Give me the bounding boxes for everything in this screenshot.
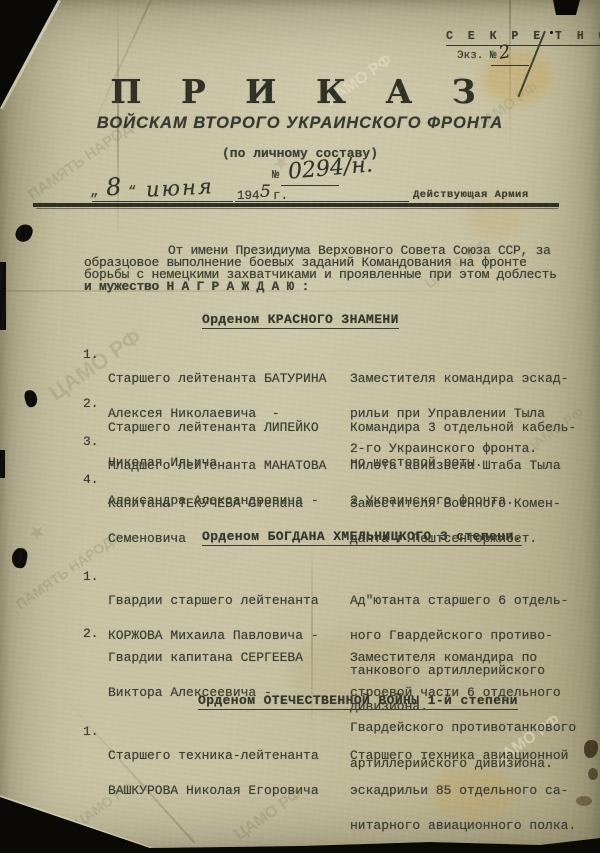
position-line: Пилота авиазвена Штаба Тыла [350, 460, 595, 472]
recipient-line: Старшего лейтенанта ЛИПЕЙКО [108, 422, 353, 434]
ink-blot [23, 389, 39, 409]
item-number: 2. [83, 398, 99, 410]
watermark-star-icon: ★ [22, 517, 51, 548]
recipient-line: Младшего лейтенанта МАНАТОВА [108, 460, 353, 472]
item-number: 4. [83, 474, 99, 486]
header-rule-thin [36, 208, 558, 209]
number-underline [281, 185, 339, 186]
recipient-line: Старшего лейтенанта БАТУРИНА [108, 373, 353, 385]
order-addressee: ВОЙСКАМ ВТОРОГО УКРАИНСКОГО ФРОНТА [0, 114, 600, 133]
preamble-award-line: и мужество Н А Г Р А Ж Д А Ю : [84, 279, 309, 294]
position-line: Заместителя командира по [350, 652, 595, 664]
ink-blot [10, 547, 28, 569]
recipient-line: ВАШКУРОВА Николая Егоровича [108, 785, 353, 797]
date-underline-2 [235, 201, 409, 202]
number-sign: № [272, 168, 279, 182]
item-number: 2. [83, 628, 99, 640]
copy-number-label: Экз. № [457, 50, 497, 62]
section-heading-bogdan-khmelnitsky: Орденом БОГДАНА ХМЕЛЬНИЦКОГО 3 степени. [202, 529, 522, 546]
item-number: 1. [83, 571, 99, 583]
edge-stain [55, 832, 65, 840]
header-rule [33, 203, 559, 207]
quote-open: „ [90, 184, 98, 200]
year-digit-handwritten: 5 [260, 182, 271, 202]
section-heading-patriotic-war: Орденом ОТЕЧЕСТВЕННОЙ ВОЙНЫ 1-й степени [198, 693, 518, 710]
date-month-handwritten: июня [145, 174, 214, 202]
item-number: 1. [83, 349, 99, 361]
position-line: Заместителя командира эскад- [350, 373, 595, 385]
item-number: 1. [83, 726, 99, 738]
position-line: Старшего техника авиационной [350, 750, 595, 762]
scanned-document: ПАМЯТЬ НАРОДА ЦАМО РФ ЦАМО РФ ЦАМО РФ ПА… [0, 0, 600, 853]
item-number: 3. [83, 436, 99, 448]
date-underline [92, 201, 233, 202]
item-position: Заместителя Военного Комен- данта г.Пешт… [350, 474, 595, 568]
document-page: ПАМЯТЬ НАРОДА ЦАМО РФ ЦАМО РФ ЦАМО РФ ПА… [0, 0, 600, 853]
date-day-handwritten: 8 [105, 173, 122, 202]
recipient-line: Гвардии старшего лейтенанта [108, 595, 353, 607]
recipient-line: Гвардии капитана СЕРГЕЕВА [108, 652, 353, 664]
position-line: Заместителя Военного Комен- [350, 498, 595, 510]
position-line: Командира 3 отдельной кабель- [350, 422, 595, 434]
quote-close: “ [128, 184, 136, 200]
section-heading-red-banner: Орденом КРАСНОГО ЗНАМЕНИ [202, 312, 399, 329]
item-position: Старшего техника авиационной эскадрильи … [350, 726, 595, 853]
recipient-line: Капитана ТЕКУЧЕВА Степана [108, 498, 353, 510]
order-title: П Р И К А З [0, 72, 600, 111]
item-recipient: Капитана ТЕКУЧЕВА Степана Семеновича - [108, 474, 353, 568]
recipient-line: Старшего техника-лейтенанта [108, 750, 353, 762]
edge-tear-mark [0, 262, 6, 330]
copy-number-underline [491, 65, 529, 66]
secrecy-stamp: С Е К Р Е Т Н О [446, 30, 600, 46]
position-line: нитарного авиационного полка. [350, 820, 595, 832]
position-line: Ад"ютанта старшего 6 отдель- [350, 595, 595, 607]
position-line: эскадрильи 85 отдельного са- [350, 785, 595, 797]
ink-blot [13, 222, 34, 244]
item-recipient: Старшего техника-лейтенанта ВАШКУРОВА Ни… [108, 726, 353, 820]
active-army-label: Действующая Армия [413, 189, 529, 201]
edge-tear-mark [0, 450, 5, 478]
